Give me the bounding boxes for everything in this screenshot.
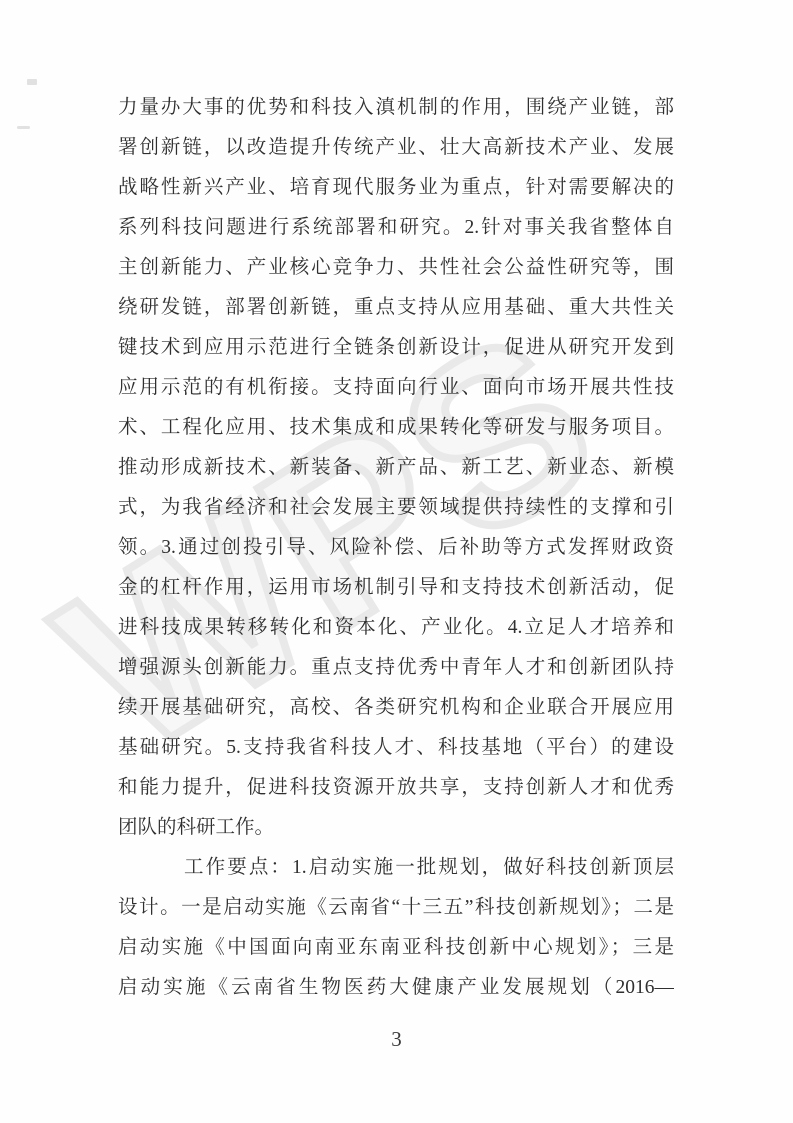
text-line: 增强源头创新能力。重点支持优秀中青年人才和创新团队持 [118, 648, 674, 688]
text-line: 金的杠杆作用，运用市场机制引导和支持技术创新活动，促 [118, 568, 674, 608]
text-line: 启动实施《云南省生物医药大健康产业发展规划（2016— [118, 968, 674, 1008]
text-line: 键技术到应用示范进行全链条创新设计，促进从研究开发到 [118, 328, 674, 368]
text-line: 基础研究。5.支持我省科技人才、科技基地（平台）的建设 [118, 728, 674, 768]
body-text: 力量办大事的优势和科技入滇机制的作用，围绕产业链，部 署创新链，以改造提升传统产… [118, 88, 674, 1008]
text-line: 和能力提升，促进科技资源开放共享，支持创新人才和优秀 [118, 768, 674, 808]
text-line: 推动形成新技术、新装备、新产品、新工艺、新业态、新模 [118, 448, 674, 488]
text-line: 工作要点：1.启动实施一批规划，做好科技创新顶层 [118, 848, 674, 888]
text-line: 团队的科研工作。 [118, 808, 674, 848]
text-line: 进科技成果转移转化和资本化、产业化。4.立足人才培养和 [118, 608, 674, 648]
text-line: 式，为我省经济和社会发展主要领域提供持续性的支撑和引 [118, 488, 674, 528]
text-line: 绕研发链，部署创新链，重点支持从应用基础、重大共性关 [118, 288, 674, 328]
text-line: 应用示范的有机衔接。支持面向行业、面向市场开展共性技 [118, 368, 674, 408]
text-line: 战略性新兴产业、培育现代服务业为重点，针对需要解决的 [118, 168, 674, 208]
text-line: 领。3.通过创投引导、风险补偿、后补助等方式发挥财政资 [118, 528, 674, 568]
page-number: 3 [0, 1026, 793, 1052]
text-line: 设计。一是启动实施《云南省“十三五”科技创新规划》；二是 [118, 888, 674, 928]
text-line: 主创新能力、产业核心竞争力、共性社会公益性研究等，围 [118, 248, 674, 288]
text-line: 力量办大事的优势和科技入滇机制的作用，围绕产业链，部 [118, 88, 674, 128]
text-line: 续开展基础研究，高校、各类研究机构和企业联合开展应用 [118, 688, 674, 728]
document-page: WPS 力量办大事的优势和科技入滇机制的作用，围绕产业链，部 署创新链，以改造提… [0, 0, 793, 1123]
paragraph-continuation: 力量办大事的优势和科技入滇机制的作用，围绕产业链，部 署创新链，以改造提升传统产… [118, 88, 674, 848]
text-line: 术、工程化应用、技术集成和成果转化等研发与服务项目。 [118, 408, 674, 448]
scan-artifact [27, 79, 37, 85]
scan-artifact [17, 126, 30, 129]
paragraph-work-points: 工作要点：1.启动实施一批规划，做好科技创新顶层 设计。一是启动实施《云南省“十… [118, 848, 674, 1008]
text-line: 系列科技问题进行系统部署和研究。2.针对事关我省整体自 [118, 208, 674, 248]
text-line: 署创新链，以改造提升传统产业、壮大高新技术产业、发展 [118, 128, 674, 168]
text-line: 启动实施《中国面向南亚东南亚科技创新中心规划》；三是 [118, 928, 674, 968]
